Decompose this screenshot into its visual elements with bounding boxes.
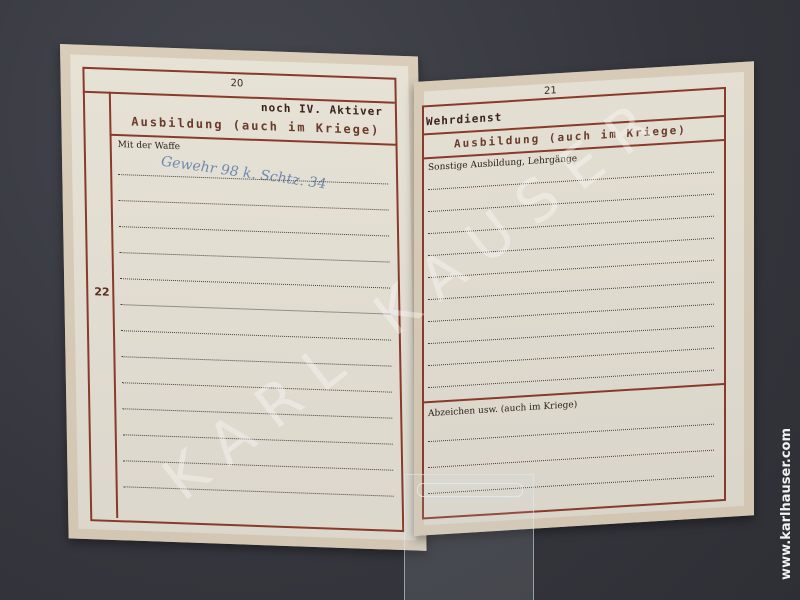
stand-slot: [417, 483, 523, 497]
acrylic-book-stand: [404, 474, 534, 600]
field-label: Mit der Waffe: [118, 140, 181, 152]
watermark-site: www.karlhauser.com: [779, 428, 794, 580]
margin-number: 22: [94, 285, 110, 299]
page-number: 20: [230, 78, 243, 89]
photo-scene: 20 noch IV. Aktiver Ausbildung (auch im …: [0, 0, 800, 600]
ruled-lines-top: [414, 61, 754, 82]
ruled-lines: [60, 44, 418, 57]
ruled-lines-bottom: [414, 61, 754, 82]
page-number: 21: [544, 85, 557, 97]
